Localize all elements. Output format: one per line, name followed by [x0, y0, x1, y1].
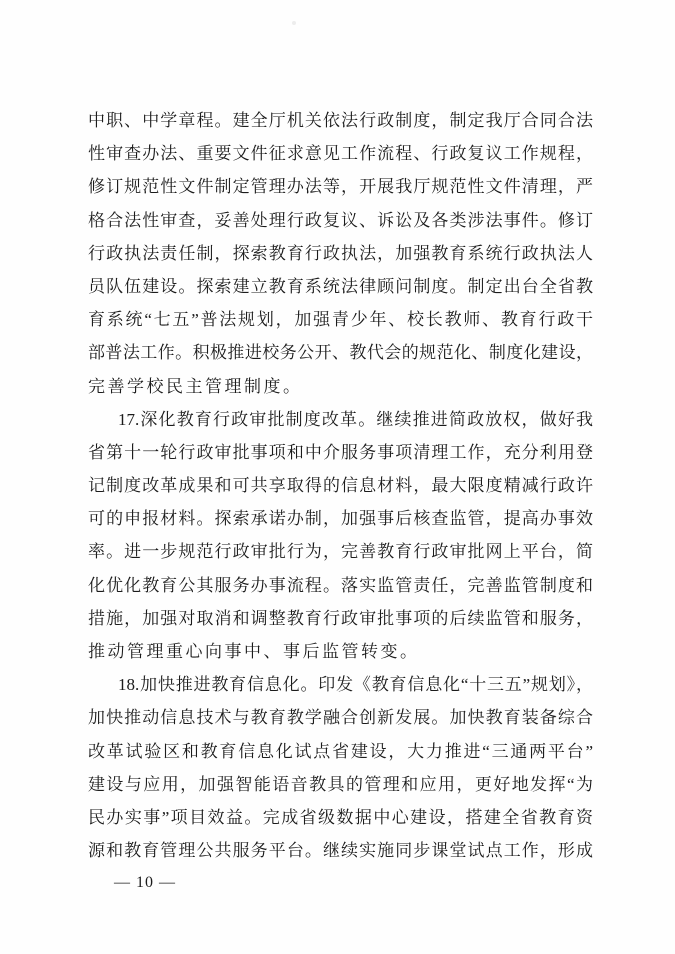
text-line: 措施，加强对取消和调整教育行政审批事项的后续监管和服务，	[88, 602, 593, 635]
text-line: 建设与应用，加强智能语音教具的管理和应用，更好地发挥“为	[88, 768, 593, 801]
text-line: 行政执法责任制，探索教育行政执法，加强教育系统行政执法人	[88, 237, 593, 270]
text-line: 加快推动信息技术与教育教学融合创新发展。加快教育装备综合	[88, 701, 593, 734]
text-line: 省第十一轮行政审批事项和中介服务事项清理工作，充分利用登	[88, 436, 593, 469]
text-line: 性审查办法、重要文件征求意见工作流程、行政复议工作规程，	[88, 137, 593, 170]
text-line: 部普法工作。积极推进校务公开、教代会的规范化、制度化建设，	[88, 336, 593, 369]
text-line: 17.深化教育行政审批制度改革。继续推进简政放权，做好我	[88, 403, 593, 436]
text-line: 民办实事”项目效益。完成省级数据中心建设，搭建全省教育资	[88, 801, 593, 834]
text-line: 改革试验区和教育信息化试点省建设，大力推进“三通两平台”	[88, 735, 593, 768]
text-line: 中职、中学章程。建全厅机关依法行政制度，制定我厅合同合法	[88, 104, 593, 137]
document-text-block: 中职、中学章程。建全厅机关依法行政制度，制定我厅合同合法性审查办法、重要文件征求…	[88, 104, 593, 867]
text-line: 完善学校民主管理制度。	[88, 370, 593, 403]
text-line: 可的申报材料。探索承诺办制，加强事后核查监管，提高办事效	[88, 502, 593, 535]
text-line: 记制度改革成果和可共享取得的信息材料，最大限度精减行政许	[88, 469, 593, 502]
text-line: 育系统“七五”普法规划，加强青少年、校长教师、教育行政干	[88, 303, 593, 336]
text-line: 格合法性审查，妥善处理行政复议、诉讼及各类涉法事件。修订	[88, 204, 593, 237]
text-line: 员队伍建设。探索建立教育系统法律顾问制度。制定出台全省教	[88, 270, 593, 303]
text-line: 化优化教育公其服务办事流程。落实监管责任，完善监管制度和	[88, 569, 593, 602]
text-line: 推动管理重心向事中、事后监管转变。	[88, 635, 593, 668]
text-line: 18.加快推进教育信息化。印发《教育信息化“十三五”规划》，	[88, 668, 593, 701]
scan-artifact	[292, 21, 296, 25]
text-line: 修订规范性文件制定管理办法等，开展我厅规范性文件清理，严	[88, 170, 593, 203]
text-line: 源和教育管理公共服务平台。继续实施同步课堂试点工作，形成	[88, 834, 593, 867]
page-number: — 10 —	[114, 866, 176, 899]
document-page: 中职、中学章程。建全厅机关依法行政制度，制定我厅合同合法性审查办法、重要文件征求…	[0, 0, 675, 954]
text-line: 率。进一步规范行政审批行为，完善教育行政审批网上平台，简	[88, 535, 593, 568]
